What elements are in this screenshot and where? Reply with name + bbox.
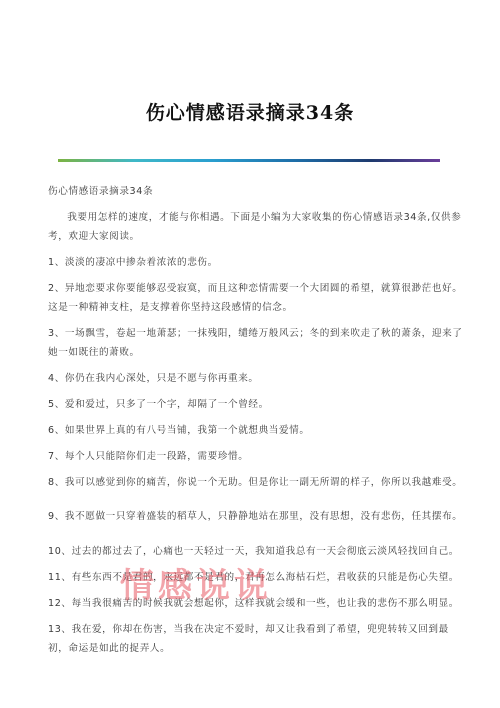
quote-item: 1、淡淡的凄凉中掺杂着浓浓的悲伤。 xyxy=(48,253,463,272)
quote-item: 2、异地恋要求你要能够忍受寂寞，而且这种恋情需要一个大团圆的希望，就算很渺茫也好… xyxy=(48,279,463,317)
quote-item: 5、爱和爱过，只多了一个字，却隔了一个曾经。 xyxy=(48,395,463,414)
quote-item: 11、有些东西不是君的，永远都不是君的，君再怎么海枯石烂，君收获的只能是伤心失望… xyxy=(48,568,463,587)
intro-paragraph: 我要用怎样的速度，才能与你相遇。下面是小编为大家收集的伤心情感语录34条,仅供参… xyxy=(48,208,463,246)
quote-item: 10、过去的都过去了，心痛也一天轻过一天，我知道我总有一天会彻底云淡风轻找回自己… xyxy=(48,542,463,561)
document-page: 伤心情感语录摘录34条 伤心情感语录摘录34条 我要用怎样的速度，才能与你相遇。… xyxy=(0,0,500,708)
quote-item: 12、每当我很痛苦的时候我就会想起你，这样我就会缓和一些，也让我的悲伤不那么明显… xyxy=(48,594,463,613)
subtitle: 伤心情感语录摘录34条 xyxy=(48,182,463,201)
quote-item: 3、一场飘雪，卷起一地萧瑟；一抹残阳，缱绻万般风云；冬的到来吹走了秋的萧条，迎来… xyxy=(48,324,463,362)
quote-item: 9、我不愿做一只穿着盛装的稻草人，只静静地站在那里，没有思想，没有悲伤，任其摆布… xyxy=(48,507,463,526)
quote-item: 4、你仍在我内心深处，只是不愿与你再重来。 xyxy=(48,369,463,388)
quote-item: 13、我在爱，你却在伤害，当我在决定不爱时，却又让我看到了希望，兜兜转转又回到最… xyxy=(48,620,463,658)
document-title: 伤心情感语录摘录34条 xyxy=(0,98,500,125)
quote-item: 6、如果世界上真的有八号当铺，我第一个就想典当爱情。 xyxy=(48,421,463,440)
gradient-divider xyxy=(58,159,440,162)
quote-item: 7、每个人只能陪你们走一段路，需要珍惜。 xyxy=(48,447,463,466)
quote-item: 8、我可以感觉到你的痛苦，你说一个无助。但是你让一副无所谓的样子，你所以我越难受… xyxy=(48,473,463,492)
